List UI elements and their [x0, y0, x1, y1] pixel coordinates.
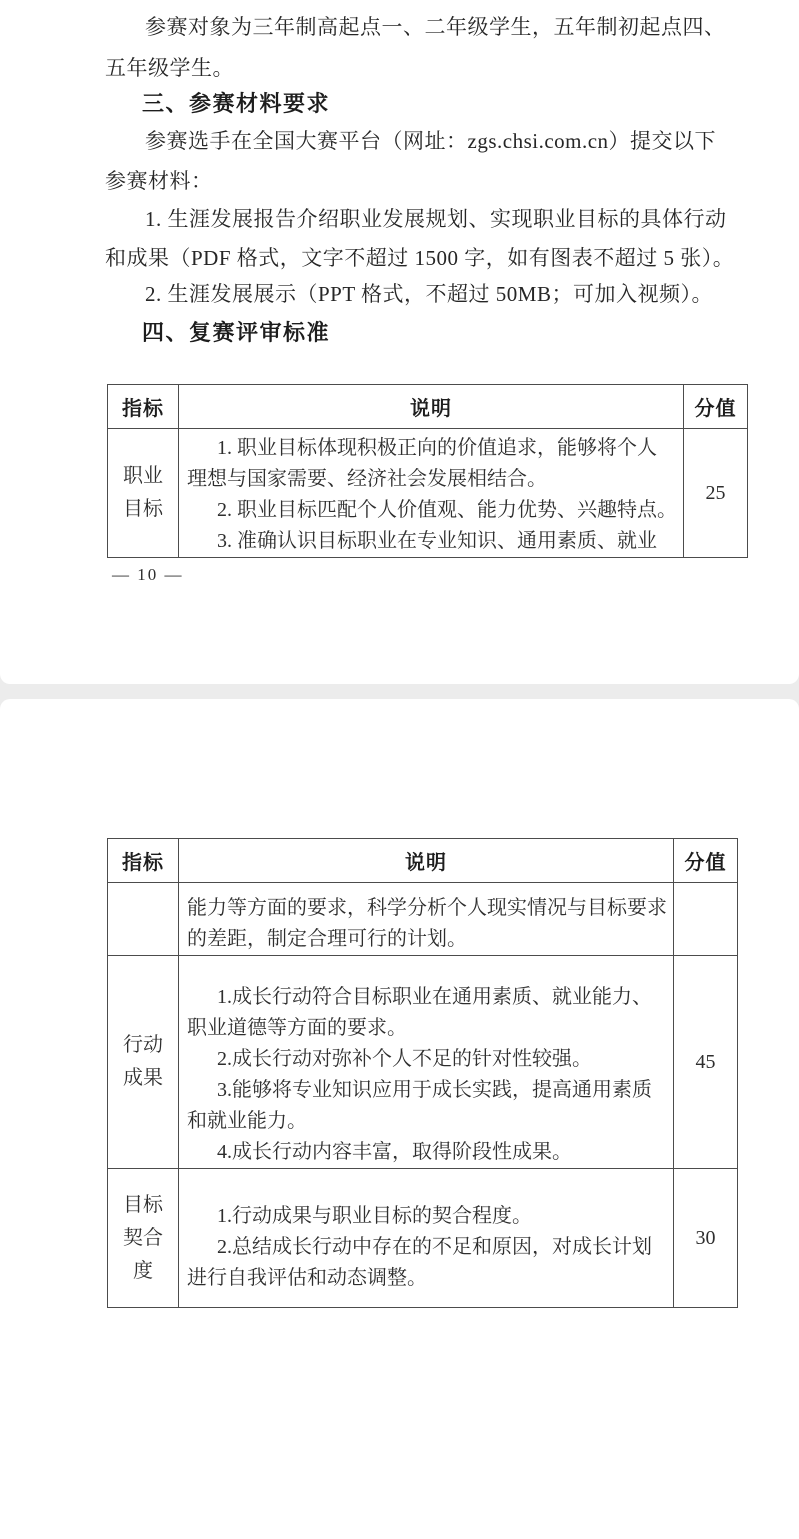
- description-line: 2. 职业目标匹配个人价值观、能力优势、兴趣特点。: [187, 495, 677, 526]
- indicator-cell: 行动 成果: [108, 956, 179, 1169]
- table-row-career-goal: 职业 目标 1. 职业目标体现积极正向的价值追求，能够将个人 理想与国家需要、经…: [108, 429, 748, 558]
- indicator-line: 契合: [108, 1222, 178, 1255]
- body-line: 参赛材料：: [105, 168, 213, 195]
- description-line: 1. 职业目标体现积极正向的价值追求，能够将个人: [187, 433, 677, 464]
- table-row-goal-fit: 目标 契合 度 1.行动成果与职业目标的契合程度。 2.总结成长行动中存在的不足…: [108, 1169, 738, 1308]
- body-line-item-1: 1. 生涯发展报告介绍职业发展规划、实现职业目标的具体行动: [145, 206, 727, 233]
- indicator-line: 目标: [108, 493, 178, 526]
- body-line: 五年级学生。: [105, 55, 234, 82]
- pdf-document-view: { "page1": { "lines": { "l1": "参赛对象为三年制高…: [0, 0, 799, 1539]
- table-header-row: 指标 说明 分值: [108, 839, 738, 883]
- page-number: — 10 —: [112, 565, 184, 585]
- table-header-indicator: 指标: [108, 839, 179, 883]
- description-line: 1.成长行动符合目标职业在通用素质、就业能力、: [187, 982, 667, 1013]
- review-criteria-table-part2: 指标 说明 分值 能力等方面的要求，科学分析个人现实情况与目标要求 的差距，制定…: [107, 838, 738, 1308]
- document-page-10: 参赛对象为三年制高起点一、二年级学生，五年制初起点四、 五年级学生。 三、参赛材…: [0, 0, 799, 684]
- description-cell: 1. 职业目标体现积极正向的价值追求，能够将个人 理想与国家需要、经济社会发展相…: [179, 429, 684, 558]
- description-line: 4.成长行动内容丰富，取得阶段性成果。: [187, 1137, 667, 1168]
- indicator-line: 度: [108, 1255, 178, 1288]
- body-line: 参赛对象为三年制高起点一、二年级学生，五年制初起点四、: [145, 14, 726, 41]
- body-line-item-2: 2. 生涯发展展示（PPT 格式，不超过 50MB；可加入视频）。: [145, 281, 713, 308]
- description-cell: 1.行动成果与职业目标的契合程度。 2.总结成长行动中存在的不足和原因，对成长计…: [179, 1169, 674, 1308]
- table-header-score: 分值: [674, 839, 738, 883]
- indicator-line: 行动: [108, 1029, 178, 1062]
- score-cell: 25: [684, 429, 748, 558]
- description-cell: 1.成长行动符合目标职业在通用素质、就业能力、 职业道德等方面的要求。 2.成长…: [179, 956, 674, 1169]
- indicator-line: 职业: [108, 460, 178, 493]
- table-header-score: 分值: [684, 385, 748, 429]
- description-line: 理想与国家需要、经济社会发展相结合。: [187, 464, 677, 495]
- table-header-description: 说明: [179, 839, 674, 883]
- document-page-11: 指标 说明 分值 能力等方面的要求，科学分析个人现实情况与目标要求 的差距，制定…: [0, 699, 799, 1539]
- review-criteria-table-part1: 指标 说明 分值 职业 目标 1. 职业目标体现积极正向的价值追求，能够将个人 …: [107, 384, 748, 558]
- description-line: 2.成长行动对弥补个人不足的针对性较强。: [187, 1044, 667, 1075]
- description-line: 进行自我评估和动态调整。: [187, 1263, 667, 1294]
- table-header-description: 说明: [179, 385, 684, 429]
- description-line: 和就业能力。: [187, 1106, 667, 1137]
- indicator-cell: [108, 883, 179, 956]
- page-separator: [0, 684, 799, 699]
- section-heading-materials: 三、参赛材料要求: [142, 87, 330, 118]
- indicator-cell: 职业 目标: [108, 429, 179, 558]
- description-line: 能力等方面的要求，科学分析个人现实情况与目标要求: [187, 893, 667, 924]
- description-cell: 能力等方面的要求，科学分析个人现实情况与目标要求 的差距，制定合理可行的计划。: [179, 883, 674, 956]
- score-cell: 45: [674, 956, 738, 1169]
- table-header-row: 指标 说明 分值: [108, 385, 748, 429]
- description-line: 1.行动成果与职业目标的契合程度。: [187, 1201, 667, 1232]
- description-line: 2.总结成长行动中存在的不足和原因，对成长计划: [187, 1232, 667, 1263]
- description-line: 3.能够将专业知识应用于成长实践，提高通用素质: [187, 1075, 667, 1106]
- description-line: 职业道德等方面的要求。: [187, 1013, 667, 1044]
- table-row-action-results: 行动 成果 1.成长行动符合目标职业在通用素质、就业能力、 职业道德等方面的要求…: [108, 956, 738, 1169]
- body-line: 参赛选手在全国大赛平台（网址：zgs.chsi.com.cn）提交以下: [145, 128, 716, 155]
- score-cell: 30: [674, 1169, 738, 1308]
- table-row-continuation: 能力等方面的要求，科学分析个人现实情况与目标要求 的差距，制定合理可行的计划。: [108, 883, 738, 956]
- table-header-indicator: 指标: [108, 385, 179, 429]
- description-line: 3. 准确认识目标职业在专业知识、通用素质、就业: [187, 526, 677, 557]
- section-heading-review-criteria: 四、复赛评审标准: [142, 316, 330, 347]
- body-line: 和成果（PDF 格式，文字不超过 1500 字，如有图表不超过 5 张）。: [105, 245, 734, 272]
- indicator-line: 成果: [108, 1062, 178, 1095]
- description-line: 的差距，制定合理可行的计划。: [187, 924, 667, 955]
- score-cell: [674, 883, 738, 956]
- indicator-line: 目标: [108, 1189, 178, 1222]
- indicator-cell: 目标 契合 度: [108, 1169, 179, 1308]
